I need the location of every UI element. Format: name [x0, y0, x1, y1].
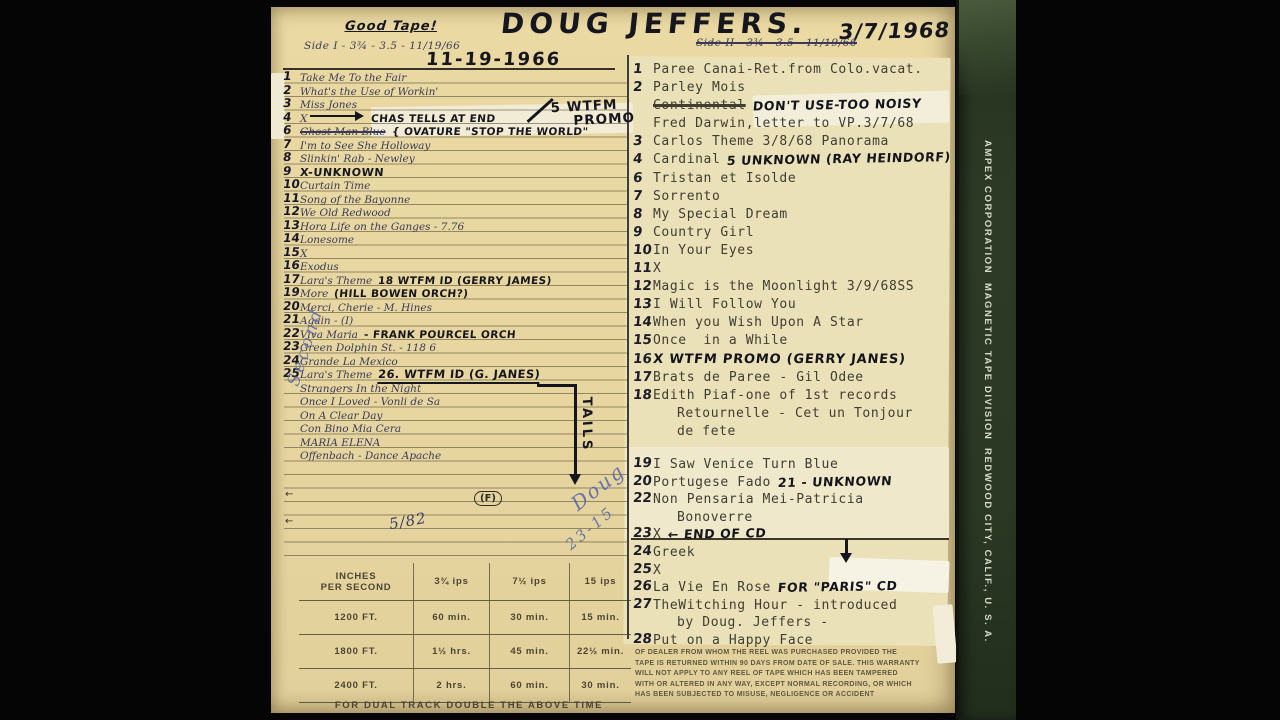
- track-number: 9: [632, 223, 643, 241]
- track-title: Green Dolphin St. - 118 6: [300, 342, 436, 354]
- speed-table: INCHES PER SECOND 3¾ ips 7½ ips 15 ips 1…: [299, 563, 631, 703]
- track-title: Portugese Fado: [653, 475, 771, 490]
- track-number: 1: [632, 60, 643, 78]
- track-row: 16Exodus: [283, 259, 627, 273]
- track-row: 13Hora Life on the Ganges - 7.76: [283, 219, 627, 233]
- track-title: Magic is the Moonlight 3/9/68SS: [653, 279, 914, 294]
- speed-table-row: 1200 FT. 60 min. 30 min. 15 min.: [299, 601, 631, 635]
- track-number: 17: [282, 273, 301, 287]
- track-title: We Old Redwood: [300, 207, 391, 219]
- track-row: 11Song of the Bayonne: [283, 192, 627, 206]
- track-title: Curtain Time: [300, 180, 370, 192]
- track-title: What's the Use of Workin': [300, 86, 438, 98]
- tape-log-sheet: Good Tape! DOUG JEFFERS. 3/7/1968 Side I…: [271, 7, 955, 713]
- track-row: 2What's the Use of Workin': [283, 84, 627, 98]
- table-cell: 45 min.: [489, 635, 569, 668]
- fine-print-text: TAPE IS RETURNED WITHIN 90 DAYS FROM DAT…: [635, 660, 920, 667]
- track-title: When you Wish Upon A Star: [653, 315, 864, 330]
- track-title: TheWitching Hour - introduced: [653, 598, 897, 613]
- fine-print-text: HAS BEEN SUBJECTED TO MISUSE, NEGLIGENCE…: [635, 691, 875, 698]
- track-number: 20: [282, 300, 301, 314]
- speed-table-row: 1800 FT. 1½ hrs. 45 min. 22½ min.: [299, 635, 631, 669]
- track-title: More: [300, 288, 328, 300]
- track-number: 19: [282, 286, 301, 300]
- track-title: X WTFM PROMO (GERRY JANES): [652, 351, 907, 369]
- track-title: Once in a While: [653, 333, 788, 348]
- track-title: Brats de Paree - Gil Odee: [653, 370, 864, 385]
- track-number: 12: [282, 205, 301, 219]
- track-row: 17Brats de Paree - Gil Odee: [633, 368, 953, 386]
- track-title: I'm to See She Holloway: [300, 140, 430, 152]
- track-number: 27: [632, 596, 653, 614]
- fine-print-line: OF DEALER FROM WHOM THE REEL WAS PURCHAS…: [635, 648, 941, 659]
- track-row: 8Slinkin' Rab - Newley: [283, 151, 627, 165]
- track-number: 13: [282, 219, 301, 233]
- track-row: 23X← END OF CD: [633, 525, 953, 543]
- track-title: Continental: [653, 98, 746, 113]
- track-row: 22Non Pensaria Mei-Patricia: [633, 490, 953, 508]
- track-row: 9Country Girl: [633, 223, 953, 241]
- table-cell: 60 min.: [489, 669, 569, 702]
- speed-table-row: 2400 FT. 2 hrs. 60 min. 30 min.: [299, 669, 631, 703]
- track-number: 7: [632, 187, 643, 205]
- fine-print-text: WILL NOT APPLY TO ANY REEL OF TAPE WHICH…: [635, 670, 898, 677]
- track-row: 24Greek: [633, 543, 953, 561]
- track-row: 16X WTFM PROMO (GERRY JANES): [633, 350, 953, 368]
- track-title: Song of the Bayonne: [300, 194, 410, 206]
- fine-print-text: WITH OR ALTERED IN ANY WAY, EXCEPT NORMA…: [635, 681, 912, 688]
- track-title: MARIA ELENA: [300, 437, 380, 449]
- track-number: 18: [632, 386, 653, 404]
- track-title: I Saw Venice Turn Blue: [653, 457, 838, 472]
- down-arrowhead-icon: [569, 474, 581, 485]
- track-row: 15Once in a While: [633, 331, 953, 349]
- speed-table-header: INCHES PER SECOND 3¾ ips 7½ ips 15 ips: [299, 563, 631, 601]
- track-row: 26La Vie En RoseFOR "PARIS" CD: [633, 578, 953, 596]
- track-row: Fred Darwin,letter to VP.3/7/68: [633, 114, 953, 132]
- track-title: Country Girl: [653, 225, 754, 240]
- track-row: 1Paree Canai-Ret.from Colo.vacat.: [633, 60, 953, 78]
- fine-print-line: HAS BEEN SUBJECTED TO MISUSE, NEGLIGENCE…: [635, 690, 941, 701]
- track-row: 15X: [283, 246, 627, 260]
- track-number: 2: [282, 84, 292, 98]
- column-divider: [627, 55, 629, 639]
- track-title: Lara's Theme: [300, 369, 372, 381]
- track-title: In Your Eyes: [653, 243, 754, 258]
- track-title: Con Bino Mia Cera: [300, 423, 401, 435]
- track-title: Take Me To the Fair: [300, 72, 406, 84]
- track-row: 8My Special Dream: [633, 205, 953, 223]
- promo-line2: PROMO: [573, 111, 635, 128]
- track-annotation: 5 UNKNOWN (RAY HEINDORF): [726, 149, 952, 171]
- track-title: Exodus: [300, 261, 339, 273]
- spine-brand: AMPEX CORPORATION: [982, 140, 993, 274]
- track-number: 15: [632, 331, 653, 349]
- f-mark: (F): [474, 491, 502, 506]
- table-cell: 7½ ips: [489, 563, 569, 600]
- track-row: Bonoverre: [633, 508, 953, 526]
- good-tape-note: Good Tape!: [344, 19, 438, 34]
- track-number: 3: [632, 132, 643, 150]
- table-cell: 22½ min.: [569, 635, 631, 668]
- right-arrow-icon: [310, 115, 362, 117]
- track-row: 25X: [633, 561, 953, 579]
- left-arrow-tick: ←: [285, 516, 293, 527]
- track-number: 10: [632, 241, 653, 259]
- track-number: 26: [632, 578, 653, 596]
- track-number: 4: [282, 111, 292, 125]
- dual-track-note: FOR DUAL TRACK DOUBLE THE ABOVE TIME: [299, 700, 639, 711]
- track-title: Sorrento: [653, 189, 720, 204]
- track-title: Carlos Theme 3/8/68 Panorama: [653, 134, 889, 149]
- spine-division: MAGNETIC TAPE DIVISION: [982, 283, 993, 440]
- track-title: Bonoverre: [677, 510, 753, 525]
- track-number: 14: [632, 313, 653, 331]
- track-row: 14Lonesome: [283, 232, 627, 246]
- track-number: 9: [282, 165, 292, 179]
- track-row: 24Grande La Mexico: [283, 354, 627, 368]
- track-number: 11: [632, 259, 653, 277]
- side2-track-list-upper: 1Paree Canai-Ret.from Colo.vacat. 2Parle…: [633, 60, 953, 440]
- track-row: 20Portugese Fado21 - UNKNOWN: [633, 473, 953, 491]
- table-cell: 2 hrs.: [413, 669, 489, 702]
- tails-arrow-line: [574, 384, 577, 476]
- track-row: 20Merci, Cherie - M. Hines: [283, 300, 627, 314]
- track-row: 27TheWitching Hour - introduced: [633, 596, 953, 614]
- track-title: Once I Loved - Vonli de Sa: [300, 396, 440, 408]
- track-row: ContinentalDON'T USE-TOO NOISY: [633, 96, 953, 114]
- table-cell: INCHES PER SECOND: [299, 563, 413, 600]
- track-title: X: [300, 113, 307, 125]
- track-title: Retournelle - Cet un Tonjour: [677, 406, 913, 421]
- table-cell: 1200 FT.: [299, 601, 413, 634]
- table-cell: 1800 FT.: [299, 635, 413, 668]
- track-number: 16: [632, 350, 653, 368]
- track-number: 28: [632, 631, 653, 649]
- track-title: Slinkin' Rab - Newley: [300, 153, 415, 165]
- side1-date: 11-19-1966: [425, 49, 562, 70]
- fine-print-line: WILL NOT APPLY TO ANY REEL OF TAPE WHICH…: [635, 669, 941, 680]
- track-number: 3: [282, 97, 292, 111]
- track-number: 12: [632, 277, 653, 295]
- track-title: Offenbach - Dance Apache: [300, 450, 441, 462]
- track-row: 19More(HILL BOWEN ORCH?): [283, 286, 627, 300]
- track-number: 10: [282, 178, 301, 192]
- table-cell: 60 min.: [413, 601, 489, 634]
- track-row: 12Magic is the Moonlight 3/9/68SS: [633, 277, 953, 295]
- track-title: X: [653, 563, 661, 578]
- track-number: 25: [632, 561, 653, 579]
- track-title: Non Pensaria Mei-Patricia: [653, 492, 864, 507]
- track-row: 10Curtain Time: [283, 178, 627, 192]
- warranty-fine-print: OF DEALER FROM WHOM THE REEL WAS PURCHAS…: [635, 648, 941, 701]
- track-number: 8: [632, 205, 643, 223]
- tails-label: TAILS: [579, 396, 594, 452]
- wtfm-promo-note: 5 WTFM PROMO: [550, 97, 635, 129]
- spine-location: REDWOOD CITY, CALIF., U. S. A.: [982, 448, 993, 643]
- track-row: 6Tristan et Isolde: [633, 169, 953, 187]
- track-title: Ghost Man Blue: [300, 126, 386, 138]
- track-title: Cardinal: [653, 152, 720, 167]
- track-title: Hora Life on the Ganges - 7.76: [300, 221, 464, 233]
- track-number: 24: [632, 543, 653, 561]
- track-row: 9X-UNKNOWN: [283, 165, 627, 179]
- track-row: 1Take Me To the Fair: [283, 70, 627, 84]
- track-number: 16: [282, 259, 301, 273]
- track-row: 7I'm to See She Holloway: [283, 138, 627, 152]
- table-cell: 15 ips: [569, 563, 631, 600]
- track-title: Strangers In the Night: [300, 383, 421, 395]
- track-row: 3Carlos Theme 3/8/68 Panorama: [633, 132, 953, 150]
- track-title: by Doug. Jeffers -: [677, 615, 829, 630]
- track-title: X: [653, 527, 661, 542]
- track-title: Parley Mois: [653, 80, 746, 95]
- tails-arrow-top: [537, 384, 576, 387]
- track-annotation: FOR "PARIS" CD: [777, 577, 898, 597]
- table-cell: 3¾ ips: [413, 563, 489, 600]
- track-title: On A Clear Day: [300, 410, 382, 422]
- track-row: 19I Saw Venice Turn Blue: [633, 455, 953, 473]
- track-row: 10In Your Eyes: [633, 241, 953, 259]
- track-title: Fred Darwin,letter to VP.3/7/68: [653, 116, 914, 131]
- track-number: 23: [632, 525, 653, 543]
- track-row: de fete: [633, 422, 953, 440]
- track-annotation: ← END OF CD: [668, 525, 768, 544]
- track-row: 25Lara's Theme26. WTFM ID (G. JANES): [283, 367, 627, 381]
- track-row: 13I Will Follow You: [633, 295, 953, 313]
- track-title: La Vie En Rose: [653, 580, 771, 595]
- track-row: 23Green Dolphin St. - 118 6: [283, 340, 627, 354]
- track-title: Miss Jones: [300, 99, 357, 111]
- track-number: 8: [282, 151, 292, 165]
- track-row: 14When you Wish Upon A Star: [633, 313, 953, 331]
- track-row: 28Put on a Happy Face: [633, 631, 953, 649]
- track-title: de fete: [677, 424, 736, 439]
- track-number: 2: [632, 78, 643, 96]
- track-number: 17: [632, 368, 653, 386]
- track-number: 4: [632, 150, 643, 168]
- fine-print-text: OF DEALER FROM WHOM THE REEL WAS PURCHAS…: [635, 649, 897, 656]
- owner-name: DOUG JEFFERS.: [499, 7, 809, 40]
- track-row: 17Lara's Theme18 WTFM ID (GERRY JAMES): [283, 273, 627, 287]
- table-cell: 1½ hrs.: [413, 635, 489, 668]
- track-row: 22Viva Maria- FRANK POURCEL ORCH: [283, 327, 627, 341]
- track-row: by Doug. Jeffers -: [633, 613, 953, 631]
- track-number: 13: [632, 295, 653, 313]
- track-title: Grande La Mexico: [300, 356, 398, 368]
- table-cell: 30 min.: [569, 669, 631, 702]
- track-number: 20: [632, 473, 653, 491]
- track-row: 21Again - (I): [283, 313, 627, 327]
- track-annotation: DON'T USE-TOO NOISY: [752, 95, 922, 116]
- track-title: X: [300, 248, 307, 260]
- table-cell: 15 min.: [569, 601, 631, 634]
- track-number: 6: [282, 124, 292, 138]
- tape-box-photo: Good Tape! DOUG JEFFERS. 3/7/1968 Side I…: [0, 0, 1280, 720]
- track-title: Tristan et Isolde: [653, 171, 796, 186]
- track-row: 12We Old Redwood: [283, 205, 627, 219]
- track-number: 7: [282, 138, 292, 152]
- track-row: Retournelle - Cet un Tonjour: [633, 404, 953, 422]
- track-row: 2Parley Mois: [633, 78, 953, 96]
- track-number: 1: [282, 70, 292, 84]
- track-number: 21: [282, 313, 301, 327]
- track-number: 11: [282, 192, 301, 206]
- ampex-box-spine: AMPEX CORPORATION MAGNETIC TAPE DIVISION…: [956, 0, 1016, 720]
- track-number: 15: [282, 246, 301, 260]
- side2-label-struck: Side II - 3¾ - 3.5 - 11/19/66: [696, 37, 857, 49]
- track-row: 7Sorrento: [633, 187, 953, 205]
- track-row: 11X: [633, 259, 953, 277]
- track-title: Lonesome: [300, 234, 354, 246]
- track-title: Put on a Happy Face: [653, 633, 813, 648]
- track-title: Edith Piaf-one of 1st records: [653, 388, 897, 403]
- left-arrow-tick: ←: [285, 489, 293, 500]
- track-title: My Special Dream: [653, 207, 788, 222]
- track-number: 6: [632, 169, 643, 187]
- fine-print-line: TAPE IS RETURNED WITHIN 90 DAYS FROM DAT…: [635, 659, 941, 670]
- track-annotation: 21 - UNKNOWN: [777, 472, 893, 492]
- track-title: I Will Follow You: [653, 297, 796, 312]
- track-title: X-UNKNOWN: [299, 166, 384, 180]
- fine-print-line: WITH OR ALTERED IN ANY WAY, EXCEPT NORMA…: [635, 680, 941, 691]
- track-number: 22: [632, 490, 653, 508]
- track-row: 4Cardinal5 UNKNOWN (RAY HEINDORF): [633, 150, 953, 168]
- track-row: 18Edith Piaf-one of 1st records: [633, 386, 953, 404]
- track-number: 19: [632, 455, 653, 473]
- table-cell: 30 min.: [489, 601, 569, 634]
- track-title: Greek: [653, 545, 695, 560]
- table-cell: 2400 FT.: [299, 669, 413, 702]
- track-number: 14: [282, 232, 301, 246]
- track-title: Paree Canai-Ret.from Colo.vacat.: [653, 62, 923, 77]
- track-title: Lara's Theme: [300, 275, 372, 287]
- side2-track-list-lower: 19I Saw Venice Turn Blue 20Portugese Fad…: [633, 455, 953, 649]
- track-title: X: [653, 261, 661, 276]
